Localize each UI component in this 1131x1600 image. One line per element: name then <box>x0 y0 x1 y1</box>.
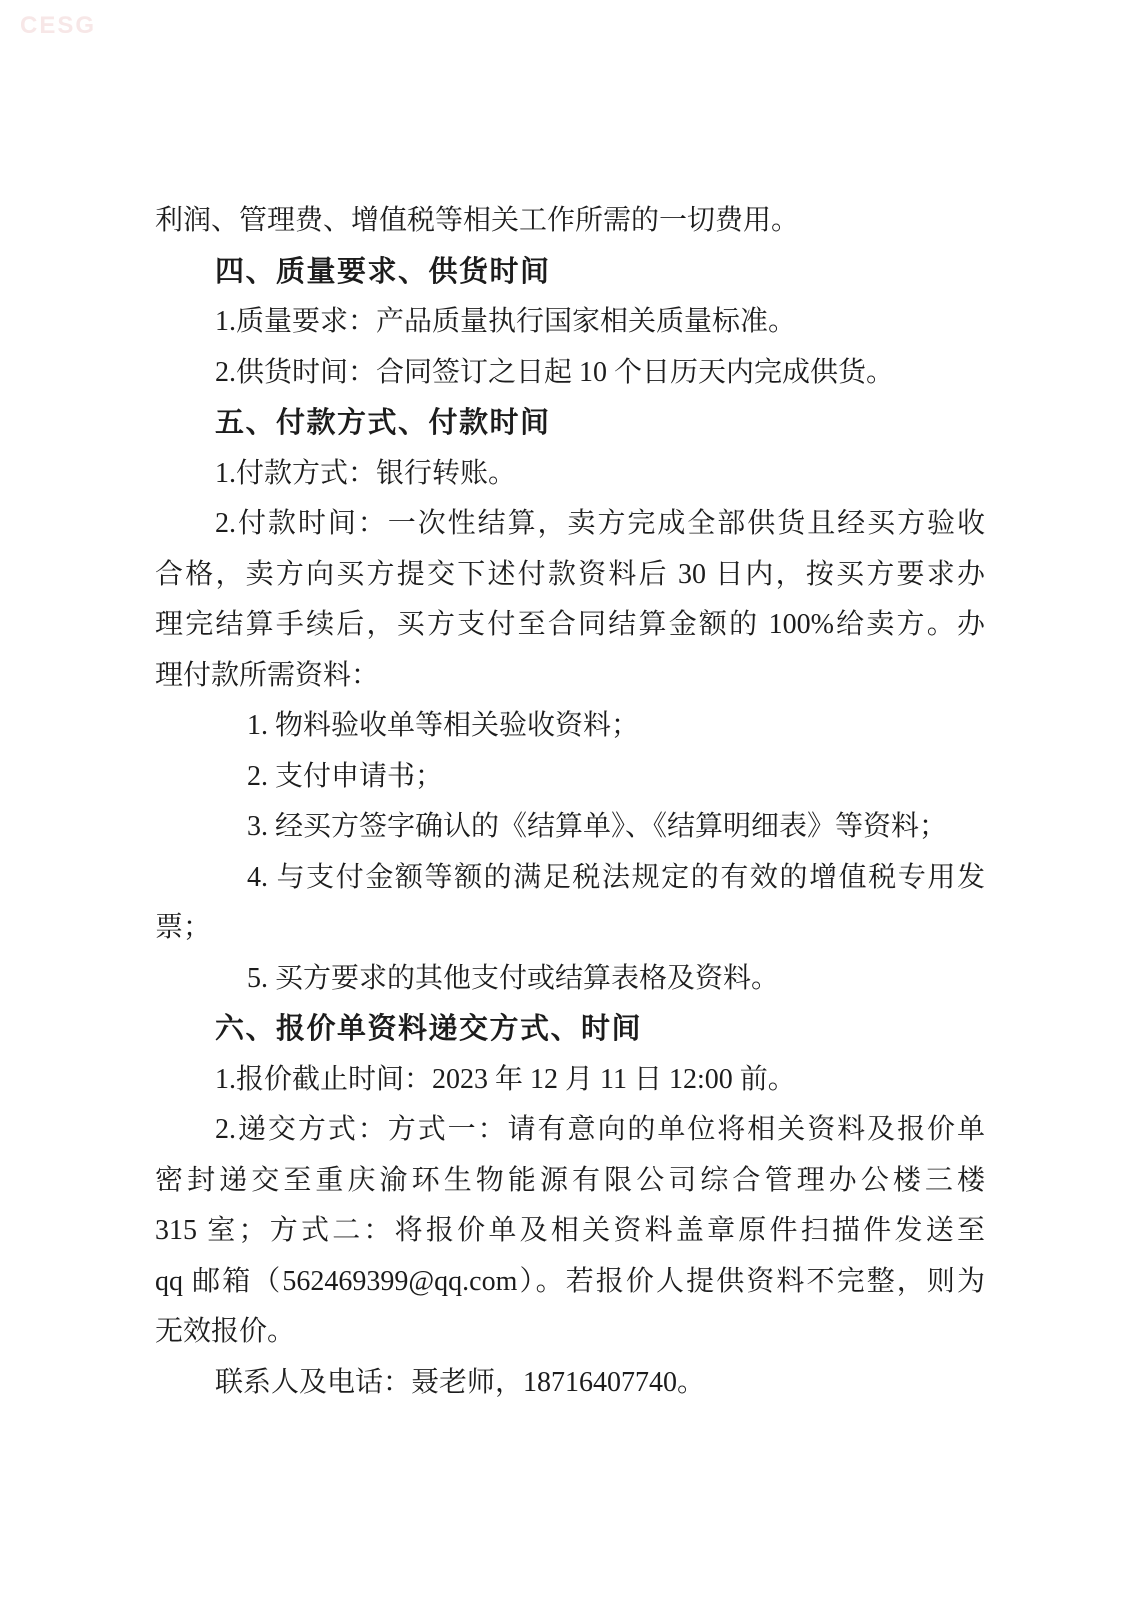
text-line: 密封递交至重庆渝环生物能源有限公司综合管理办公楼三楼 <box>155 1156 985 1207</box>
text-line: 1.报价截止时间：2023 年 12 月 11 日 12:00 前。 <box>155 1055 985 1106</box>
text-line: 2.供货时间：合同签订之日起 10 个日历天内完成供货。 <box>155 348 985 399</box>
text-line: 联系人及电话：聂老师，18716407740。 <box>155 1358 985 1409</box>
text-line: 2.付款时间：一次性结算，卖方完成全部供货且经买方验收 <box>155 499 985 550</box>
section-heading: 六、报价单资料递交方式、时间 <box>155 1004 985 1055</box>
text-line: 2.递交方式：方式一：请有意向的单位将相关资料及报价单 <box>155 1105 985 1156</box>
text-line: 1.质量要求：产品质量执行国家相关质量标准。 <box>155 297 985 348</box>
text-line: 1. 物料验收单等相关验收资料； <box>155 701 985 752</box>
text-line: 2. 支付申请书； <box>155 752 985 803</box>
text-line: 无效报价。 <box>155 1307 985 1358</box>
section-heading: 五、付款方式、付款时间 <box>155 398 985 449</box>
text-line: 合格，卖方向买方提交下述付款资料后 30 日内，按买方要求办 <box>155 550 985 601</box>
document-page: CESG 利润、管理费、增值税等相关工作所需的一切费用。四、质量要求、供货时间1… <box>0 0 1131 1600</box>
text-line: 5. 买方要求的其他支付或结算表格及资料。 <box>155 954 985 1005</box>
text-line: 1.付款方式：银行转账。 <box>155 449 985 500</box>
watermark-logo: CESG <box>20 12 96 40</box>
text-line: 3. 经买方签字确认的《结算单》、《结算明细表》等资料； <box>155 802 985 853</box>
text-line: qq 邮箱（562469399@qq.com）。若报价人提供资料不完整，则为 <box>155 1257 985 1308</box>
text-line: 315 室；方式二：将报价单及相关资料盖章原件扫描件发送至 <box>155 1206 985 1257</box>
text-line: 票； <box>155 903 985 954</box>
text-line: 理完结算手续后，买方支付至合同结算金额的 100%给卖方。办 <box>155 600 985 651</box>
section-heading: 四、质量要求、供货时间 <box>155 247 985 298</box>
text-line: 4. 与支付金额等额的满足税法规定的有效的增值税专用发 <box>155 853 985 904</box>
text-line: 理付款所需资料： <box>155 651 985 702</box>
text-line: 利润、管理费、增值税等相关工作所需的一切费用。 <box>155 196 985 247</box>
document-body: 利润、管理费、增值税等相关工作所需的一切费用。四、质量要求、供货时间1.质量要求… <box>155 196 985 1408</box>
